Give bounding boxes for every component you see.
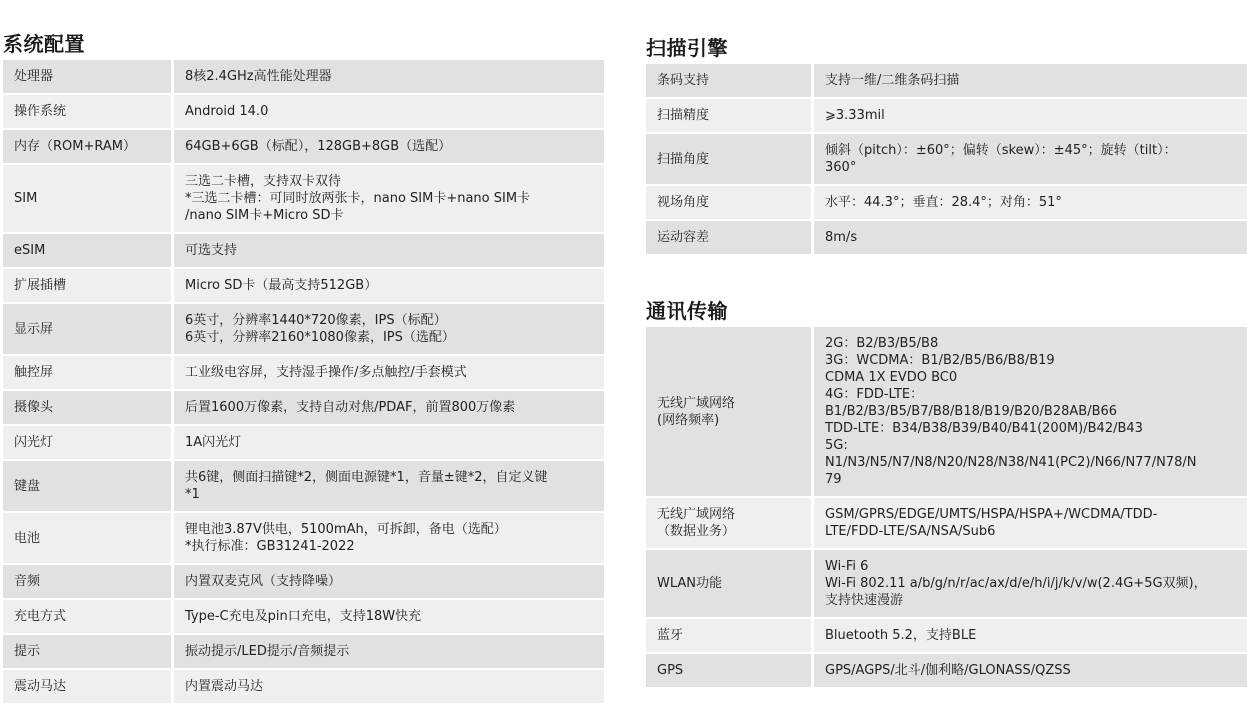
spec-value-line: GSM/GPRS/EDGE/UMTS/HSPA/HSPA+/WCDMA/TDD- <box>825 506 1236 523</box>
spec-label-text: 运动容差 <box>657 229 800 246</box>
system-config-section: 系统配置 处理器8核2.4GHz高性能处理器操作系统Android 14.0内存… <box>3 30 607 705</box>
spec-label: 视场角度 <box>646 186 811 219</box>
spec-value: 8核2.4GHz高性能处理器 <box>174 60 604 93</box>
table-row: 充电方式Type-C充电及pin口充电，支持18W快充 <box>3 600 604 633</box>
spec-value-line: LTE/FDD-LTE/SA/NSA/Sub6 <box>825 523 1236 540</box>
scan-engine-section: 扫描引擎 条码支持支持一维/二维条码扫描扫描精度⩾3.33mil扫描角度倾斜（p… <box>646 34 1247 256</box>
spec-value: 振动提示/LED提示/音频提示 <box>174 635 604 668</box>
spec-value: ⩾3.33mil <box>814 99 1247 132</box>
spec-value-line: Wi-Fi 6 <box>825 558 1236 575</box>
spec-label-text: 视场角度 <box>657 194 800 211</box>
spec-label: SIM <box>3 165 171 232</box>
table-row: 蓝牙Bluetooth 5.2，支持BLE <box>646 619 1247 652</box>
spec-label: 操作系统 <box>3 95 171 128</box>
spec-value-line: 5G: <box>825 437 1236 454</box>
spec-value-line: ⩾3.33mil <box>825 107 1236 124</box>
spec-value: 共6键，侧面扫描键*2，侧面电源键*1，音量±键*2，自定义键*1 <box>174 461 604 511</box>
table-row: WLAN功能Wi-Fi 6Wi-Fi 802.11 a/b/g/n/r/ac/a… <box>646 550 1247 617</box>
spec-value-line: 79 <box>825 471 1236 488</box>
spec-value: 8m/s <box>814 221 1247 254</box>
spec-label-line: 无线广域网络 <box>657 506 800 523</box>
spec-label: 摄像头 <box>3 391 171 424</box>
spec-value-line: 倾斜（pitch）：±60°；偏转（skew）：±45°；旋转（tilt）： <box>825 142 1236 159</box>
table-row: 扫描精度⩾3.33mil <box>646 99 1247 132</box>
table-row: 处理器8核2.4GHz高性能处理器 <box>3 60 604 93</box>
spec-value-line: GPS/AGPS/北斗/伽利略/GLONASS/QZSS <box>825 662 1236 679</box>
spec-label: 处理器 <box>3 60 171 93</box>
spec-value-line: 8m/s <box>825 229 1236 246</box>
spec-value-line: 3G：WCDMA：B1/B2/B5/B6/B8/B19 <box>825 352 1236 369</box>
spec-label: 震动马达 <box>3 670 171 703</box>
spec-label: 充电方式 <box>3 600 171 633</box>
spec-label-text: 摄像头 <box>14 399 160 416</box>
table-row: 运动容差8m/s <box>646 221 1247 254</box>
spec-label-text: 显示屏 <box>14 321 160 338</box>
spec-label-text: 扫描角度 <box>657 151 800 168</box>
spec-value: 2G：B2/B3/B5/B83G：WCDMA：B1/B2/B5/B6/B8/B1… <box>814 327 1247 496</box>
scan-engine-table: 条码支持支持一维/二维条码扫描扫描精度⩾3.33mil扫描角度倾斜（pitch）… <box>643 62 1247 256</box>
spec-label: 显示屏 <box>3 304 171 354</box>
spec-value-line: 锂电池3.87V供电，5100mAh，可拆卸，备电（选配） <box>185 521 593 538</box>
table-row: 扩展插槽Micro SD卡（最高支持512GB） <box>3 269 604 302</box>
table-row: 提示振动提示/LED提示/音频提示 <box>3 635 604 668</box>
spec-value-line: Bluetooth 5.2，支持BLE <box>825 627 1236 644</box>
spec-value-line: *三选二卡槽：可同时放两张卡，nano SIM卡+nano SIM卡 <box>185 190 593 207</box>
table-row: 内存（ROM+RAM）64GB+6GB（标配），128GB+8GB（选配） <box>3 130 604 163</box>
spec-label-text: 闪光灯 <box>14 434 160 451</box>
spec-value: 后置1600万像素，支持自动对焦/PDAF，前置800万像素 <box>174 391 604 424</box>
table-row: 条码支持支持一维/二维条码扫描 <box>646 64 1247 97</box>
spec-value-line: 振动提示/LED提示/音频提示 <box>185 643 593 660</box>
table-row: 无线广域网络（数据业务）GSM/GPRS/EDGE/UMTS/HSPA/HSPA… <box>646 498 1247 548</box>
spec-value: Type-C充电及pin口充电，支持18W快充 <box>174 600 604 633</box>
spec-label: WLAN功能 <box>646 550 811 617</box>
spec-label-text: 充电方式 <box>14 608 160 625</box>
table-row: 震动马达内置震动马达 <box>3 670 604 703</box>
spec-value-line: 后置1600万像素，支持自动对焦/PDAF，前置800万像素 <box>185 399 593 416</box>
spec-value: 倾斜（pitch）：±60°；偏转（skew）：±45°；旋转（tilt）：36… <box>814 134 1247 184</box>
spec-value: 三选二卡槽，支持双卡双待*三选二卡槽：可同时放两张卡，nano SIM卡+nan… <box>174 165 604 232</box>
spec-label-line: GPS <box>657 662 800 679</box>
section-title-system: 系统配置 <box>3 30 607 58</box>
spec-label-line: (网络频率) <box>657 412 800 429</box>
spec-label-text: 扩展插槽 <box>14 277 160 294</box>
spec-value-line: 6英寸，分辨率1440*720像素，IPS（标配） <box>185 312 593 329</box>
spec-value: 工业级电容屏，支持湿手操作/多点触控/手套模式 <box>174 356 604 389</box>
spec-label-line: （数据业务） <box>657 523 800 540</box>
spec-label: 音频 <box>3 565 171 598</box>
spec-label: eSIM <box>3 234 171 267</box>
spec-value-line: 4G：FDD-LTE： <box>825 386 1236 403</box>
spec-value: 内置震动马达 <box>174 670 604 703</box>
spec-value-line: CDMA 1X EVDO BC0 <box>825 369 1236 386</box>
spec-value-line: 可选支持 <box>185 242 593 259</box>
spec-value-line: 8核2.4GHz高性能处理器 <box>185 68 593 85</box>
spec-label-text: eSIM <box>14 242 160 259</box>
spec-value-line: 1A闪光灯 <box>185 434 593 451</box>
spec-label: 闪光灯 <box>3 426 171 459</box>
spec-label: 内存（ROM+RAM） <box>3 130 171 163</box>
spec-value-line: Android 14.0 <box>185 103 593 120</box>
spec-value: 6英寸，分辨率1440*720像素，IPS（标配）6英寸，分辨率2160*108… <box>174 304 604 354</box>
spec-value-line: 6英寸，分辨率2160*1080像素，IPS（选配） <box>185 329 593 346</box>
table-row: GPSGPS/AGPS/北斗/伽利略/GLONASS/QZSS <box>646 654 1247 687</box>
spec-value-line: 2G：B2/B3/B5/B8 <box>825 335 1236 352</box>
spec-value: 64GB+6GB（标配），128GB+8GB（选配） <box>174 130 604 163</box>
system-config-table: 处理器8核2.4GHz高性能处理器操作系统Android 14.0内存（ROM+… <box>0 58 607 705</box>
spec-value-line: 水平：44.3°；垂直：28.4°；对角：51° <box>825 194 1236 211</box>
spec-value-line: N1/N3/N5/N7/N8/N20/N28/N38/N41(PC2)/N66/… <box>825 454 1236 471</box>
spec-value-line: TDD-LTE：B34/B38/B39/B40/B41(200M)/B42/B4… <box>825 420 1236 437</box>
table-row: 操作系统Android 14.0 <box>3 95 604 128</box>
spec-label-text: 震动马达 <box>14 678 160 695</box>
table-row: eSIM可选支持 <box>3 234 604 267</box>
spec-value: 可选支持 <box>174 234 604 267</box>
spec-value: Android 14.0 <box>174 95 604 128</box>
spec-label-text: 内存（ROM+RAM） <box>14 138 160 155</box>
spec-label-text: 处理器 <box>14 68 160 85</box>
communication-table: 无线广域网络(网络频率)2G：B2/B3/B5/B83G：WCDMA：B1/B2… <box>643 325 1247 689</box>
section-title-comm: 通讯传输 <box>646 297 1247 325</box>
spec-label: 扫描精度 <box>646 99 811 132</box>
table-row: 触控屏工业级电容屏，支持湿手操作/多点触控/手套模式 <box>3 356 604 389</box>
spec-label-text: SIM <box>14 190 160 207</box>
spec-value-line: 支持一维/二维条码扫描 <box>825 72 1236 89</box>
spec-label-text: 操作系统 <box>14 103 160 120</box>
spec-label-text: 音频 <box>14 573 160 590</box>
spec-label: 提示 <box>3 635 171 668</box>
spec-label: 无线广域网络(网络频率) <box>646 327 811 496</box>
communication-section: 通讯传输 无线广域网络(网络频率)2G：B2/B3/B5/B83G：WCDMA：… <box>646 297 1247 689</box>
spec-label: 扫描角度 <box>646 134 811 184</box>
spec-value: 水平：44.3°；垂直：28.4°；对角：51° <box>814 186 1247 219</box>
spec-value-line: 三选二卡槽，支持双卡双待 <box>185 173 593 190</box>
spec-value: 1A闪光灯 <box>174 426 604 459</box>
spec-value-line: 支持快速漫游 <box>825 592 1236 609</box>
spec-label: 无线广域网络（数据业务） <box>646 498 811 548</box>
spec-value: GSM/GPRS/EDGE/UMTS/HSPA/HSPA+/WCDMA/TDD-… <box>814 498 1247 548</box>
spec-value-line: 360° <box>825 159 1236 176</box>
table-row: 显示屏6英寸，分辨率1440*720像素，IPS（标配）6英寸，分辨率2160*… <box>3 304 604 354</box>
table-row: 电池锂电池3.87V供电，5100mAh，可拆卸，备电（选配）*执行标准：GB3… <box>3 513 604 563</box>
table-row: 扫描角度倾斜（pitch）：±60°；偏转（skew）：±45°；旋转（tilt… <box>646 134 1247 184</box>
table-row: 音频内置双麦克风（支持降噪） <box>3 565 604 598</box>
spec-value: 支持一维/二维条码扫描 <box>814 64 1247 97</box>
spec-value-line: *执行标准：GB31241-2022 <box>185 538 593 555</box>
spec-value: GPS/AGPS/北斗/伽利略/GLONASS/QZSS <box>814 654 1247 687</box>
spec-value-line: 64GB+6GB（标配），128GB+8GB（选配） <box>185 138 593 155</box>
spec-label-text: 电池 <box>14 530 160 547</box>
spec-label: 电池 <box>3 513 171 563</box>
spec-value: 锂电池3.87V供电，5100mAh，可拆卸，备电（选配）*执行标准：GB312… <box>174 513 604 563</box>
table-row: 摄像头后置1600万像素，支持自动对焦/PDAF，前置800万像素 <box>3 391 604 424</box>
spec-value-line: 共6键，侧面扫描键*2，侧面电源键*1，音量±键*2，自定义键 <box>185 469 593 486</box>
spec-label: 扩展插槽 <box>3 269 171 302</box>
spec-label: 蓝牙 <box>646 619 811 652</box>
spec-label: GPS <box>646 654 811 687</box>
section-title-scan: 扫描引擎 <box>646 34 1247 62</box>
spec-label-text: 键盘 <box>14 478 160 495</box>
spec-value-line: 内置震动马达 <box>185 678 593 695</box>
table-row: SIM三选二卡槽，支持双卡双待*三选二卡槽：可同时放两张卡，nano SIM卡+… <box>3 165 604 232</box>
spec-label-text: 扫描精度 <box>657 107 800 124</box>
table-row: 键盘共6键，侧面扫描键*2，侧面电源键*1，音量±键*2，自定义键*1 <box>3 461 604 511</box>
spec-label-text: 提示 <box>14 643 160 660</box>
spec-value: 内置双麦克风（支持降噪） <box>174 565 604 598</box>
spec-value-line: Micro SD卡（最高支持512GB） <box>185 277 593 294</box>
spec-label: 运动容差 <box>646 221 811 254</box>
table-row: 视场角度水平：44.3°；垂直：28.4°；对角：51° <box>646 186 1247 219</box>
table-row: 闪光灯1A闪光灯 <box>3 426 604 459</box>
spec-value-line: Wi-Fi 802.11 a/b/g/n/r/ac/ax/d/e/h/i/j/k… <box>825 575 1236 592</box>
spec-value-line: 工业级电容屏，支持湿手操作/多点触控/手套模式 <box>185 364 593 381</box>
spec-value: Micro SD卡（最高支持512GB） <box>174 269 604 302</box>
spec-label: 键盘 <box>3 461 171 511</box>
spec-value-line: Type-C充电及pin口充电，支持18W快充 <box>185 608 593 625</box>
spec-value-line: 内置双麦克风（支持降噪） <box>185 573 593 590</box>
spec-label-line: 蓝牙 <box>657 627 800 644</box>
spec-label-text: 条码支持 <box>657 72 800 89</box>
spec-label-line: WLAN功能 <box>657 575 800 592</box>
spec-value: Bluetooth 5.2，支持BLE <box>814 619 1247 652</box>
spec-sheet: 系统配置 处理器8核2.4GHz高性能处理器操作系统Android 14.0内存… <box>0 0 1247 717</box>
spec-label-text: 触控屏 <box>14 364 160 381</box>
spec-label-line: 无线广域网络 <box>657 395 800 412</box>
spec-label: 触控屏 <box>3 356 171 389</box>
spec-label: 条码支持 <box>646 64 811 97</box>
table-row: 无线广域网络(网络频率)2G：B2/B3/B5/B83G：WCDMA：B1/B2… <box>646 327 1247 496</box>
spec-value: Wi-Fi 6Wi-Fi 802.11 a/b/g/n/r/ac/ax/d/e/… <box>814 550 1247 617</box>
spec-value-line: B1/B2/B3/B5/B7/B8/B18/B19/B20/B28AB/B66 <box>825 403 1236 420</box>
spec-value-line: *1 <box>185 486 593 503</box>
spec-value-line: /nano SIM卡+Micro SD卡 <box>185 207 593 224</box>
